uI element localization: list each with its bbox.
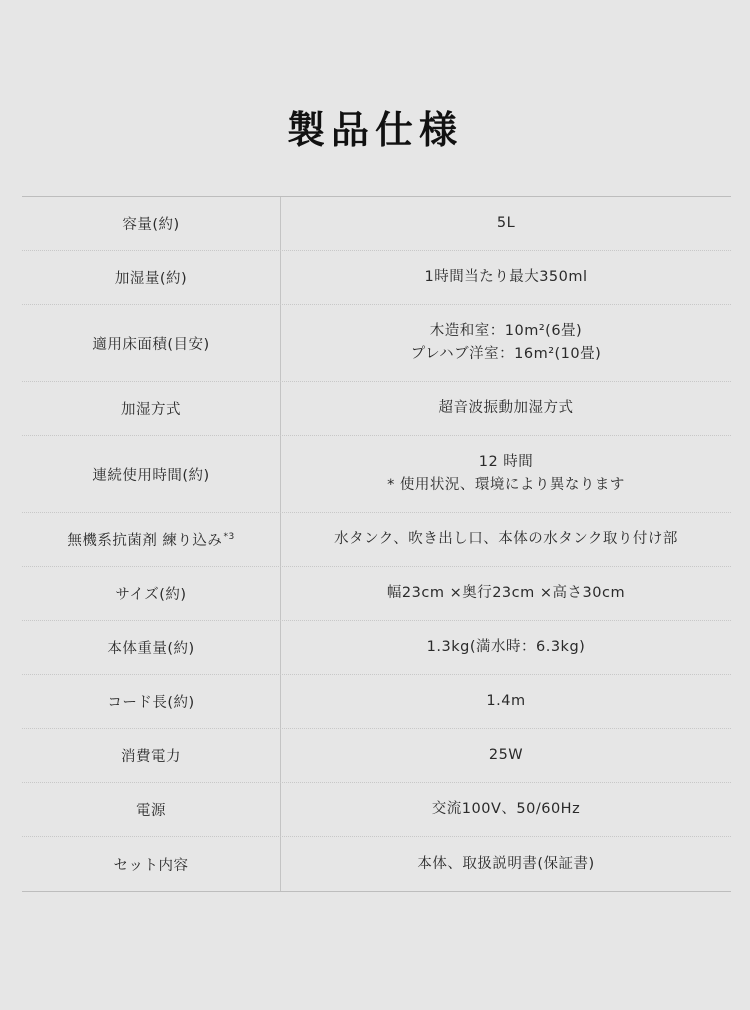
spec-label: 加湿方式 — [22, 382, 281, 435]
spec-row-capacity: 容量(約) 5L — [22, 197, 731, 251]
spec-label: 加湿量(約) — [22, 251, 281, 304]
spec-row-weight: 本体重量(約) 1.3kg(満水時：6.3kg) — [22, 621, 731, 675]
spec-value-line: 水タンク、吹き出し口、本体の水タンク取り付け部 — [334, 528, 678, 551]
spec-value-line: 本体、取扱説明書(保証書) — [417, 853, 594, 876]
spec-value-line: 5L — [497, 212, 515, 235]
spec-value-line: 1.4m — [486, 690, 525, 713]
spec-label: 容量(約) — [22, 197, 281, 250]
spec-row-humidification-amount: 加湿量(約) 1時間当たり最大350ml — [22, 251, 731, 305]
footnote-marker: *3 — [223, 532, 234, 542]
spec-row-antibacterial: 無機系抗菌剤 練り込み*3 水タンク、吹き出し口、本体の水タンク取り付け部 — [22, 513, 731, 567]
spec-value: 幅23cm ×奥行23cm ×高さ30cm — [281, 567, 731, 620]
spec-value: 1.3kg(満水時：6.3kg) — [281, 621, 731, 674]
spec-row-cord-length: コード長(約) 1.4m — [22, 675, 731, 729]
spec-value: 12 時間 * 使用状況、環境により異なります — [281, 436, 731, 512]
spec-value-line: 木造和室：10m²(6畳) — [430, 320, 582, 343]
spec-row-power-source: 電源 交流100V、50/60Hz — [22, 783, 731, 837]
spec-value: 1時間当たり最大350ml — [281, 251, 731, 304]
spec-value: 水タンク、吹き出し口、本体の水タンク取り付け部 — [281, 513, 731, 566]
spec-value-line: 交流100V、50/60Hz — [432, 798, 580, 821]
spec-value: 超音波振動加湿方式 — [281, 382, 731, 435]
spec-row-contents: セット内容 本体、取扱説明書(保証書) — [22, 837, 731, 891]
spec-value-note: * 使用状況、環境により異なります — [387, 474, 625, 497]
spec-label: 電源 — [22, 783, 281, 836]
spec-row-floor-area: 適用床面積(目安) 木造和室：10m²(6畳) プレハブ洋室：16m²(10畳) — [22, 305, 731, 382]
spec-value: 木造和室：10m²(6畳) プレハブ洋室：16m²(10畳) — [281, 305, 731, 381]
spec-label-text: 無機系抗菌剤 練り込み — [67, 529, 222, 550]
spec-label: コード長(約) — [22, 675, 281, 728]
spec-value-line: 幅23cm ×奥行23cm ×高さ30cm — [387, 582, 625, 605]
spec-value-line: 1.3kg(満水時：6.3kg) — [427, 636, 586, 659]
spec-row-humidification-method: 加湿方式 超音波振動加湿方式 — [22, 382, 731, 436]
spec-value: 本体、取扱説明書(保証書) — [281, 837, 731, 891]
spec-value: 1.4m — [281, 675, 731, 728]
spec-label: 消費電力 — [22, 729, 281, 782]
spec-value: 交流100V、50/60Hz — [281, 783, 731, 836]
spec-table: 容量(約) 5L 加湿量(約) 1時間当たり最大350ml 適用床面積(目安) … — [22, 196, 731, 892]
spec-label: 連続使用時間(約) — [22, 436, 281, 512]
spec-row-continuous-use: 連続使用時間(約) 12 時間 * 使用状況、環境により異なります — [22, 436, 731, 513]
spec-label: 適用床面積(目安) — [22, 305, 281, 381]
spec-value: 5L — [281, 197, 731, 250]
spec-value: 25W — [281, 729, 731, 782]
spec-value-line: 12 時間 — [479, 451, 534, 474]
spec-label: セット内容 — [22, 837, 281, 891]
spec-label: サイズ(約) — [22, 567, 281, 620]
spec-value-line: 超音波振動加湿方式 — [439, 397, 574, 420]
spec-row-power-consumption: 消費電力 25W — [22, 729, 731, 783]
spec-label: 無機系抗菌剤 練り込み*3 — [22, 513, 281, 566]
spec-row-size: サイズ(約) 幅23cm ×奥行23cm ×高さ30cm — [22, 567, 731, 621]
spec-value-line: プレハブ洋室：16m²(10畳) — [411, 343, 602, 366]
spec-value-line: 1時間当たり最大350ml — [424, 266, 587, 289]
page-title: 製品仕様 — [0, 100, 750, 160]
spec-label: 本体重量(約) — [22, 621, 281, 674]
spec-value-line: 25W — [489, 744, 523, 767]
